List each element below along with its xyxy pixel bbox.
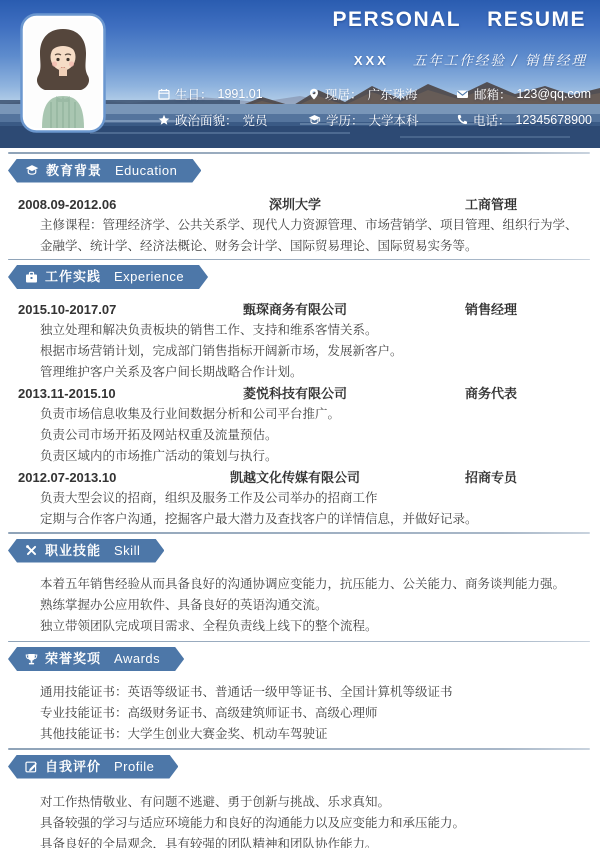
section-divider [8,641,590,643]
trophy-icon [25,653,38,666]
award-line: 专业技能证书：高级财务证书、高级建筑师证书、高级心理师 [0,703,600,724]
skill-line: 本着五年销售经验从而具备良好的沟通协调应变能力，抗压能力、公关能力、商务谈判能力… [0,574,600,595]
skill-line: 熟练掌握办公应用软件、具备良好的英语沟通交流。 [0,595,600,616]
contact-info-grid: 生日：1991.01 现居：广东珠海 邮箱：123@qq.com 政治面貌：党员… [158,85,596,129]
graduation-cap-icon [308,114,321,126]
avatar [20,13,106,138]
job-heading: 2013.11-2015.10 菱悦科技有限公司 商务代表 [0,383,600,404]
envelope-icon [456,88,469,100]
phone-icon [456,114,468,126]
badge-title-en: Skill [114,544,140,558]
job-detail-line: 负责大型会议的招商，组织及服务工作及公司举办的招商工作 [0,488,600,509]
briefcase-icon [25,271,38,284]
candidate-summary: XXX 五年工作经验 / 销售经理 [354,49,587,69]
profile-line: 具备较强的学习与适应环境能力和良好的沟通能力以及应变能力和承压能力。 [0,813,600,834]
section-divider [8,748,590,750]
candidate-subtitle: 五年工作经验 / 销售经理 [413,49,587,69]
info-label: 生日： [175,85,213,103]
section-awards: 荣誉奖项 Awards 通用技能证书：英语等级证书、普通话一级甲等证书、全国计算… [0,641,600,749]
skill-line: 独立带领团队完成项目需求、全程负责线上线下的整个流程。 [0,616,600,637]
info-label: 邮箱： [474,85,512,103]
job-detail-line: 管理维护客户关系及客户间长期战略合作计划。 [0,362,600,383]
info-item-phone: 电话：12345678900 [456,111,596,129]
education-entry: 2008.09-2012.06 深圳大学 工商管理 [0,194,600,215]
education-detail-line: 主修课程：管理经济学、公共关系学、现代人力资源管理、市场营销学、项目管理、组织行… [0,215,600,236]
calendar-icon [158,88,170,100]
avatar-illustration [20,13,106,133]
badge-title-zh: 荣誉奖项 [45,652,101,666]
job-heading: 2012.07-2013.10 凯越文化传媒有限公司 招商专员 [0,467,600,488]
info-value: 大学本科 [369,111,419,129]
info-value: 党员 [243,111,268,129]
badge-title-en: Education [115,164,177,178]
info-label: 学历： [326,111,364,129]
job-heading: 2015.10-2017.07 甄琛商务有限公司 销售经理 [0,299,600,320]
edit-icon [25,760,38,773]
graduation-cap-icon [25,164,39,177]
section-profile: 自我评价 Profile 对工作热情敬业、有问题不逃避、勇于创新与挑战、乐求真知… [0,748,600,848]
page-title-word-2: RESUME [487,8,586,32]
info-item-political-status: 政治面貌：党员 [158,111,308,129]
badge-title-zh: 教育背景 [46,164,102,178]
job-date: 2012.07-2013.10 [18,467,190,488]
section-skill: 职业技能 Skill 本着五年销售经验从而具备良好的沟通协调应变能力，抗压能力、… [0,532,600,641]
education-section-badge: 教育背景 Education [8,159,201,183]
skill-content: 本着五年销售经验从而具备良好的沟通协调应变能力，抗压能力、公关能力、商务谈判能力… [0,574,600,641]
section-experience: 工作实践 Experience 2015.10-2017.07 甄琛商务有限公司… [0,259,600,533]
profile-section-badge: 自我评价 Profile [8,755,178,779]
experience-job: 2015.10-2017.07 甄琛商务有限公司 销售经理 独立处理和解决负责板… [0,299,600,383]
awards-content: 通用技能证书：英语等级证书、普通话一级甲等证书、全国计算机等级证书 专业技能证书… [0,682,600,748]
badge-title-zh: 职业技能 [45,544,101,558]
job-date: 2015.10-2017.07 [18,299,190,320]
education-detail-line: 金融学、统计学、经济法概论、财务会计学、国际贸易理论、国际贸易实务等。 [0,236,600,257]
page-title-word-1: PERSONAL [332,8,461,32]
experience-job: 2013.11-2015.10 菱悦科技有限公司 商务代表 负责市场信息收集及行… [0,383,600,467]
job-position: 招商专员 [400,467,600,488]
job-detail-line: 根据市场营销计划，完成部门销售指标开阔新市场，发展新客户。 [0,341,600,362]
profile-content: 对工作热情敬业、有问题不逃避、勇于创新与挑战、乐求真知。 具备较强的学习与适应环… [0,792,600,848]
job-company: 凯越文化传媒有限公司 [190,467,400,488]
resume-header: PERSONAL RESUME XXX 五年工作经验 / 销售经理 [0,0,600,148]
section-divider [8,152,590,154]
experience-job: 2012.07-2013.10 凯越文化传媒有限公司 招商专员 负责大型会议的招… [0,467,600,530]
education-school: 深圳大学 [190,194,400,215]
award-line: 其他技能证书：大学生创业大赛金奖、机动车驾驶证 [0,724,600,745]
job-detail-line: 独立处理和解决负责板块的销售工作、支持和维系客情关系。 [0,320,600,341]
badge-title-zh: 自我评价 [45,760,101,774]
experience-content: 2015.10-2017.07 甄琛商务有限公司 销售经理 独立处理和解决负责板… [0,299,600,532]
job-detail-line: 负责公司市场开拓及网站权重及流量预估。 [0,425,600,446]
job-company: 甄琛商务有限公司 [190,299,400,320]
info-value: 1991.01 [218,87,263,101]
education-major: 工商管理 [400,194,600,215]
badge-title-en: Awards [114,652,160,666]
info-value: 123@qq.com [517,87,592,101]
badge-title-en: Profile [114,760,154,774]
page-title: PERSONAL RESUME [332,8,586,32]
education-date: 2008.09-2012.06 [18,194,190,215]
job-position: 商务代表 [400,383,600,404]
profile-line: 对工作热情敬业、有问题不逃避、勇于创新与挑战、乐求真知。 [0,792,600,813]
job-company: 菱悦科技有限公司 [190,383,400,404]
location-icon [308,88,320,100]
education-content: 2008.09-2012.06 深圳大学 工商管理 主修课程：管理经济学、公共关… [0,194,600,259]
badge-title-zh: 工作实践 [45,270,101,284]
candidate-name: XXX [354,53,389,68]
profile-line: 具备良好的全局观念，具有较强的团队精神和团队协作能力。 [0,834,600,848]
info-item-degree: 学历：大学本科 [308,111,456,129]
skill-section-badge: 职业技能 Skill [8,539,164,563]
job-position: 销售经理 [400,299,600,320]
star-icon [158,114,170,126]
job-detail-line: 负责市场信息收集及行业间数据分析和公司平台推广。 [0,404,600,425]
info-item-email: 邮箱：123@qq.com [456,85,596,103]
section-divider [8,532,590,534]
info-label: 现居： [325,85,363,103]
section-divider [8,259,590,261]
info-item-birthday: 生日：1991.01 [158,85,308,103]
info-value: 广东珠海 [368,85,418,103]
experience-section-badge: 工作实践 Experience [8,265,208,289]
tools-icon [25,544,38,557]
job-date: 2013.11-2015.10 [18,383,190,404]
info-label: 政治面貌： [175,111,238,129]
info-label: 电话： [473,111,511,129]
info-value: 12345678900 [516,113,592,127]
section-education: 教育背景 Education 2008.09-2012.06 深圳大学 工商管理… [0,152,600,259]
info-item-location: 现居：广东珠海 [308,85,456,103]
job-detail-line: 定期与合作客户沟通，挖掘客户最大潜力及查找客户的详情信息，并做好记录。 [0,509,600,530]
job-detail-line: 负责区域内的市场推广活动的策划与执行。 [0,446,600,467]
badge-title-en: Experience [114,270,184,284]
awards-section-badge: 荣誉奖项 Awards [8,647,184,671]
award-line: 通用技能证书：英语等级证书、普通话一级甲等证书、全国计算机等级证书 [0,682,600,703]
